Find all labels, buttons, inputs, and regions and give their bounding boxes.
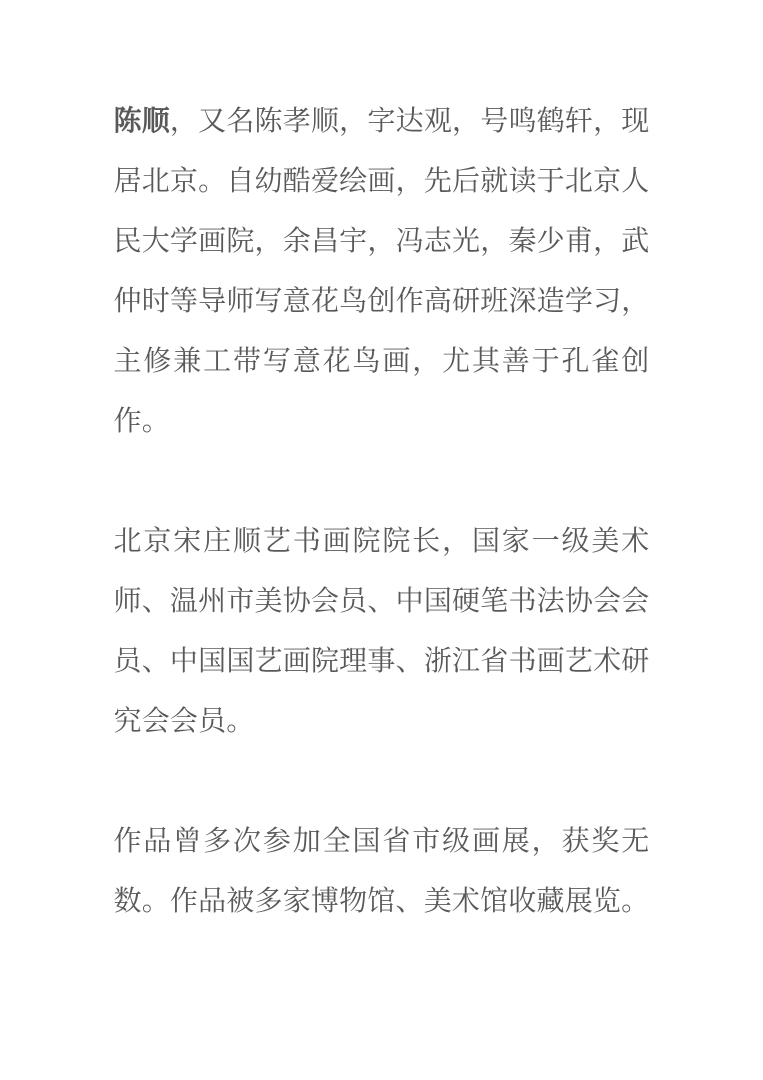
bio-paragraph-intro: 陈顺，又名陈孝顺，字达观，号鸣鹤轩，现居北京。自幼酷爱绘画，先后就读于北京人民大… bbox=[114, 91, 650, 451]
bio-exhibitions-text: 作品曾多次参加全国省市级画展，获奖无数。作品被多家博物馆、美术馆收藏展览。 bbox=[114, 825, 650, 916]
bio-paragraph-titles: 北京宋庄顺艺书画院院长，国家一级美术师、温州市美协会员、中国硬笔书法协会会员、中… bbox=[114, 511, 650, 751]
bio-titles-text: 北京宋庄顺艺书画院院长，国家一级美术师、温州市美协会员、中国硬笔书法协会会员、中… bbox=[114, 525, 650, 736]
document-page: 陈顺，又名陈孝顺，字达观，号鸣鹤轩，现居北京。自幼酷爱绘画，先后就读于北京人民大… bbox=[0, 0, 763, 1080]
artist-name: 陈顺 bbox=[114, 105, 170, 136]
artist-bio-article: 陈顺，又名陈孝顺，字达观，号鸣鹤轩，现居北京。自幼酷爱绘画，先后就读于北京人民大… bbox=[114, 0, 650, 931]
bio-intro-text: ，又名陈孝顺，字达观，号鸣鹤轩，现居北京。自幼酷爱绘画，先后就读于北京人民大学画… bbox=[114, 105, 650, 436]
bio-paragraph-exhibitions: 作品曾多次参加全国省市级画展，获奖无数。作品被多家博物馆、美术馆收藏展览。 bbox=[114, 811, 650, 931]
